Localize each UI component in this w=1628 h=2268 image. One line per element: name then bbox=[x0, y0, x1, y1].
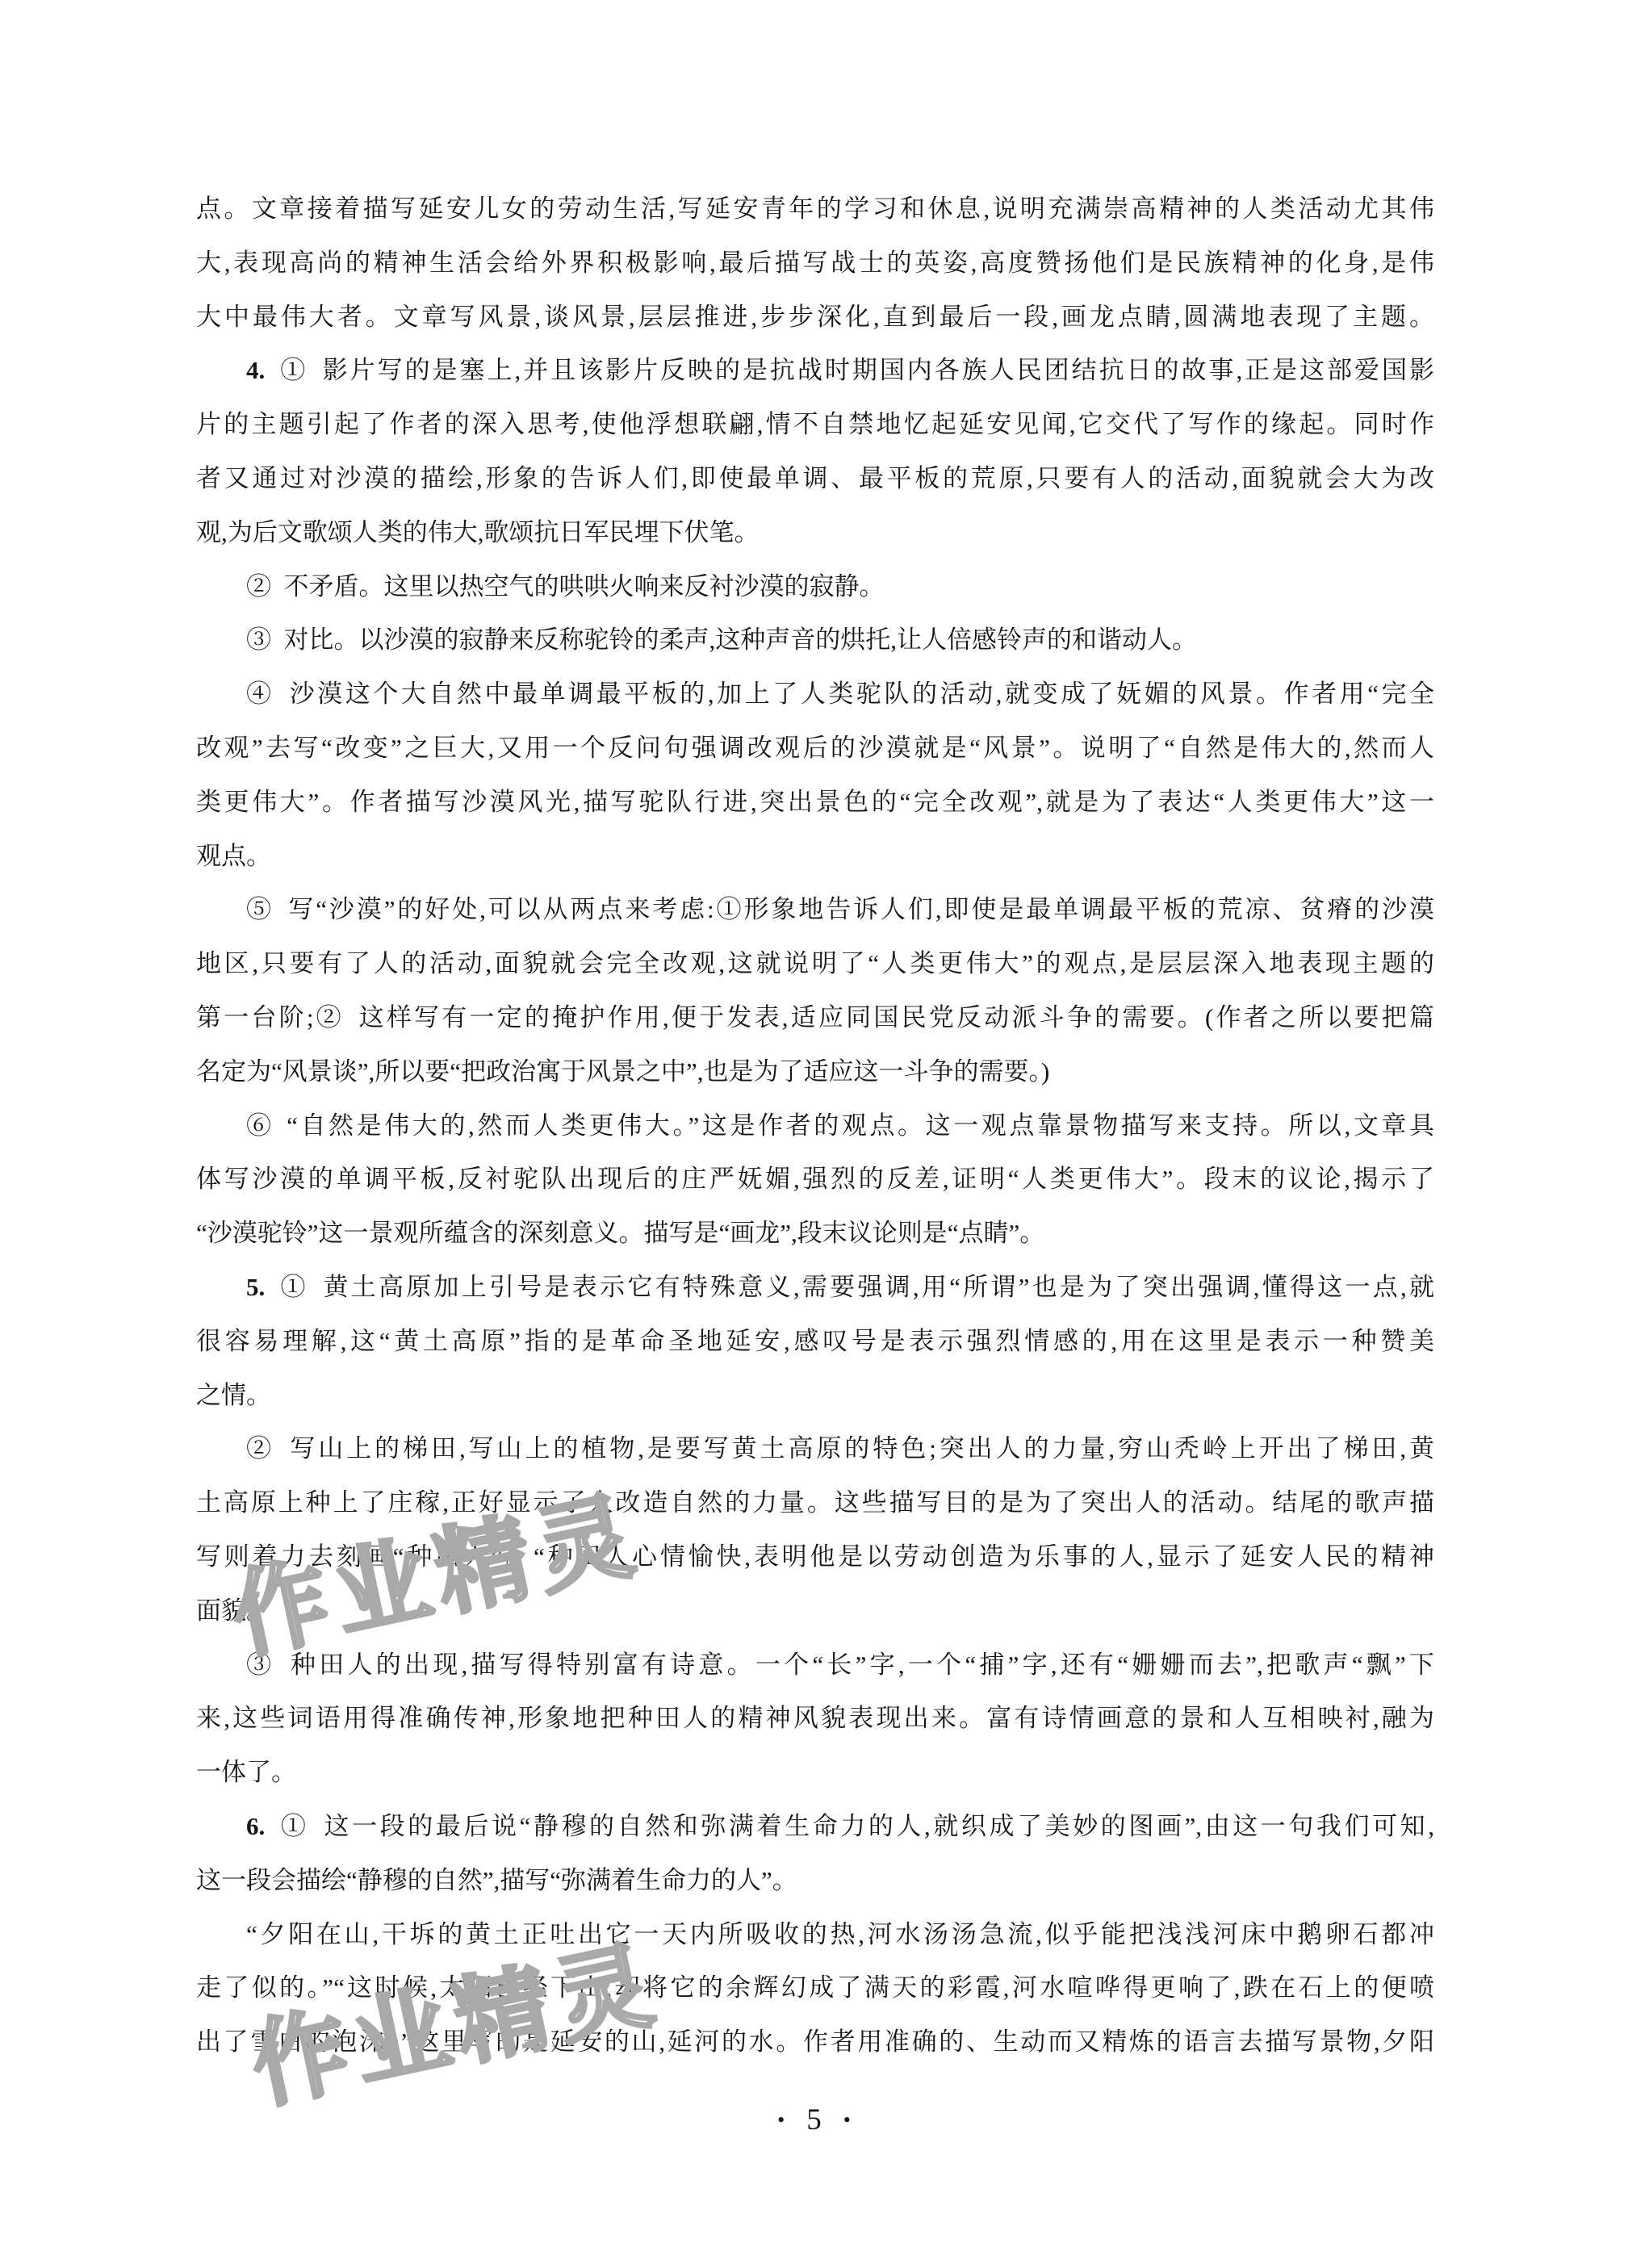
text-line: 5.① 黄土高原加上引号是表示它有特殊意义,需要强调,用“所谓”也是为了突出强调… bbox=[196, 1261, 1434, 1315]
text-line: 改观”去写“改变”之巨大,又用一个反问句强调改观后的沙漠就是“风景”。说明了“自… bbox=[196, 722, 1434, 776]
text-line: 类更伟大”。作者描写沙漠风光,描写驼队行进,突出景色的“完全改观”,就是为了表达… bbox=[196, 776, 1434, 830]
answer-text-block: 点。文章接着描写延安儿女的劳动生活,写延安青年的学习和休息,说明充满崇高精神的人… bbox=[196, 182, 1434, 2069]
text-line: 很容易理解,这“黄土高原”指的是革命圣地延安,感叹号是表示强烈情感的,用在这里是… bbox=[196, 1315, 1434, 1369]
book-page: 点。文章接着描写延安儿女的劳动生活,写延安青年的学习和休息,说明充满崇高精神的人… bbox=[0, 0, 1628, 2268]
text-line: 出了雪白的泡沫。”这里写的是延安的山,延河的水。作者用准确的、生动而又精炼的语言… bbox=[196, 2015, 1434, 2069]
text-line: 之情。 bbox=[196, 1369, 1434, 1423]
footer-dot-left: • bbox=[777, 2099, 785, 2142]
text-line: 片的主题引起了作者的深入思考,使他浮想联翩,情不自禁地忆起延安见闻,它交代了写作… bbox=[196, 398, 1434, 452]
text-line: ③ 种田人的出现,描写得特别富有诗意。一个“长”字,一个“捕”字,还有“姗姗而去… bbox=[196, 1638, 1434, 1693]
text-line: 大,表现高尚的精神生活会给外界积极影响,最后描写战士的英姿,高度赞扬他们是民族精… bbox=[196, 236, 1434, 291]
text-line: ④ 沙漠这个大自然中最单调最平板的,加上了人类驼队的活动,就变成了妩媚的风景。作… bbox=[196, 667, 1434, 722]
text-line: ⑥ “自然是伟大的,然而人类更伟大。”这是作者的观点。这一观点靠景物描写来支持。… bbox=[196, 1099, 1434, 1153]
text-line: “夕阳在山,干坼的黄土正吐出它一天内所吸收的热,河水汤汤急流,似乎能把浅浅河床中… bbox=[196, 1908, 1434, 1962]
text-line: 观点。 bbox=[196, 830, 1434, 884]
text-line: 体写沙漠的单调平板,反衬驼队出现后的庄严妩媚,强烈的反差,证明“人类更伟大”。段… bbox=[196, 1153, 1434, 1207]
item-number: 6. bbox=[246, 1812, 265, 1840]
text-line: 大中最伟大者。文章写风景,谈风景,层层推进,步步深化,直到最后一段,画龙点睛,圆… bbox=[196, 291, 1434, 345]
text-line: 点。文章接着描写延安儿女的劳动生活,写延安青年的学习和休息,说明充满崇高精神的人… bbox=[196, 182, 1434, 236]
page-number: 5 bbox=[806, 2099, 822, 2142]
text-line: 地区,只要有了人的活动,面貌就会完全改观,这就说明了“人类更伟大”的观点,是层层… bbox=[196, 937, 1434, 991]
text-line: 者又通过对沙漠的描绘,形象的告诉人们,即使最单调、最平板的荒原,只要有人的活动,… bbox=[196, 452, 1434, 506]
footer-dot-right: • bbox=[843, 2099, 851, 2142]
text-line: 土高原上种上了庄稼,正好显示了人改造自然的力量。这些描写目的是为了突出人的活动。… bbox=[196, 1476, 1434, 1530]
text-line: 4.① 影片写的是塞上,并且该影片反映的是抗战时期国内各族人民团结抗日的故事,正… bbox=[196, 344, 1434, 398]
page-footer: • 5 • bbox=[0, 2099, 1628, 2142]
item-number: 4. bbox=[246, 356, 265, 384]
text-line: ⑤ 写“沙漠”的好处,可以从两点来考虑:①形象地告诉人们,即使是最单调最平板的荒… bbox=[196, 883, 1434, 937]
text-line: 写则着力去刻画“种田人”。“种田人心情愉快,表明他是以劳动创造为乐事的人,显示了… bbox=[196, 1530, 1434, 1584]
text-line: ② 写山上的梯田,写山上的植物,是要写黄土高原的特色;突出人的力量,穷山秃岭上开… bbox=[196, 1422, 1434, 1476]
text-line: 一体了。 bbox=[196, 1746, 1434, 1800]
text-line: 走了似的。”“这时候,太阳已经下山,却将它的余辉幻成了满天的彩霞,河水喧哗得更响… bbox=[196, 1961, 1434, 2015]
text-line: 这一段会描绘“静穆的自然”,描写“弥满着生命力的人”。 bbox=[196, 1854, 1434, 1908]
text-line: 观,为后文歌颂人类的伟大,歌颂抗日军民埋下伏笔。 bbox=[196, 506, 1434, 560]
text-line: 第一台阶;② 这样写有一定的掩护作用,便于发表,适应同国民党反动派斗争的需要。(… bbox=[196, 991, 1434, 1045]
text-line: 名定为“风景谈”,所以要“把政治寓于风景之中”,也是为了适应这一斗争的需要。) bbox=[196, 1045, 1434, 1099]
text-line: ② 不矛盾。这里以热空气的哄哄火响来反衬沙漠的寂静。 bbox=[196, 560, 1434, 614]
text-line: 来,这些词语用得准确传神,形象地把种田人的精神风貌表现出来。富有诗情画意的景和人… bbox=[196, 1692, 1434, 1746]
item-number: 5. bbox=[246, 1273, 265, 1301]
text-line: 6.① 这一段的最后说“静穆的自然和弥满着生命力的人,就织成了美妙的图画”,由这… bbox=[196, 1800, 1434, 1854]
text-line: “沙漠驼铃”这一景观所蕴含的深刻意义。描写是“画龙”,段末议论则是“点睛”。 bbox=[196, 1207, 1434, 1261]
text-line: 面貌。 bbox=[196, 1584, 1434, 1638]
text-line: ③ 对比。以沙漠的寂静来反称驼铃的柔声,这种声音的烘托,让人倍感铃声的和谐动人。 bbox=[196, 613, 1434, 667]
